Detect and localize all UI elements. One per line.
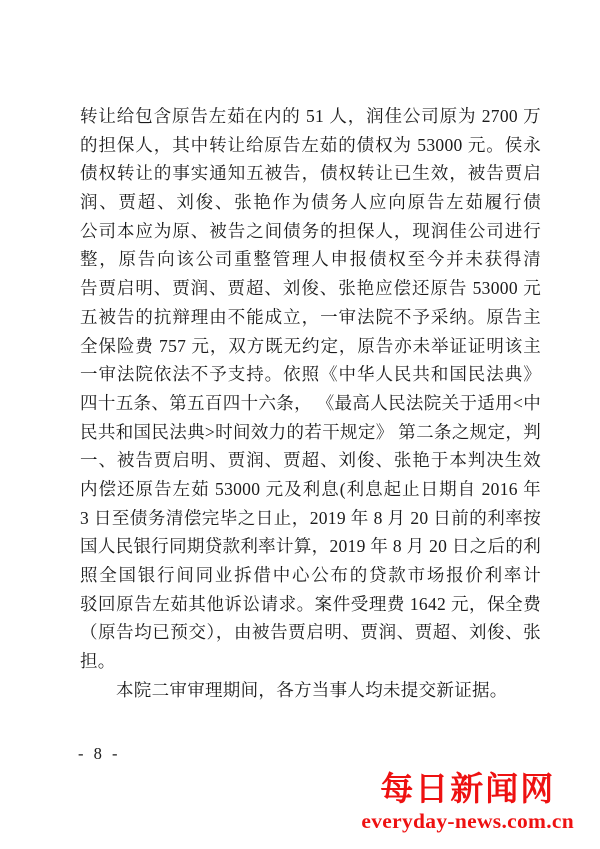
- text-line: 3 日至债务清偿完毕之日止，2019 年 8 月 20 日前的利率按照中: [80, 504, 541, 533]
- text-line: 全保险费 757 元，双方既无约定，原告亦未举证证明该主张，故: [80, 332, 541, 361]
- text-line: 一审法院依法不予支持。依照《中华人民共和国民法典》第五百: [80, 360, 541, 389]
- text-line: 整，原告向该公司重整管理人申报债权至今并未获得清偿，故被: [80, 245, 541, 274]
- text-line: 的担保人，其中转让给原告左茹的债权为 53000 元。侯永周已将: [80, 131, 541, 160]
- text-line: 本院二审审理期间，各方当事人均未提交新证据。: [80, 676, 541, 705]
- text-line: 一、被告贾启明、贾润、贾超、刘俊、张艳于本判决生效后十日: [80, 446, 541, 475]
- document-page: 转让给包含原告左茹在内的 51 人，润佳公司原为 2700 万元债务 的担保人，…: [0, 0, 600, 849]
- text-line: 润、贾超、刘俊、张艳作为债务人应向原告左茹履行债务。润佳: [80, 188, 541, 217]
- text-line: 告贾启明、贾润、贾超、刘俊、张艳应偿还原告 53000 元及利息。: [80, 274, 541, 303]
- text-line: 照全国银行间同业拆借中心公布的贷款市场报价利率计算)。二、: [80, 561, 541, 590]
- text-line: （原告均已预交），由被告贾启明、贾润、贾超、刘俊、张艳承: [80, 618, 541, 647]
- text-line: 四十五条、第五百四十六条， 《最高人民法院关于适用<中华人: [80, 389, 541, 418]
- text-line: 债权转让的事实通知五被告，债权转让已生效，被告贾启明、贾: [80, 159, 541, 188]
- watermark-site-url: everyday-news.com.cn: [361, 811, 574, 833]
- watermark-site-name: 每日新闻网: [361, 774, 574, 807]
- text-line: 内偿还原告左茹 53000 元及利息(利息起止日期自 2016 年 11 月: [80, 475, 541, 504]
- page-number: - 8 -: [78, 744, 121, 764]
- watermark-logo: 每日新闻网 everyday-news.com.cn: [361, 774, 574, 833]
- text-line: 担。: [80, 647, 541, 676]
- text-line: 民共和国民法典>时间效力的若干规定》 第二条之规定，判决：: [80, 418, 541, 447]
- judgment-text-block: 转让给包含原告左茹在内的 51 人，润佳公司原为 2700 万元债务 的担保人，…: [80, 102, 541, 704]
- text-line: 驳回原告左茹其他诉讼请求。案件受理费 1642 元，保全费 757: [80, 590, 541, 619]
- text-line: 五被告的抗辩理由不能成立，一审法院不予采纳。原告主张的保: [80, 303, 541, 332]
- text-line: 公司本应为原、被告之间债务的担保人，现润佳公司进行破产重: [80, 217, 541, 246]
- text-line: 转让给包含原告左茹在内的 51 人，润佳公司原为 2700 万元债务: [80, 102, 541, 131]
- text-line: 国人民银行同期贷款利率计算，2019 年 8 月 20 日之后的利率按: [80, 532, 541, 561]
